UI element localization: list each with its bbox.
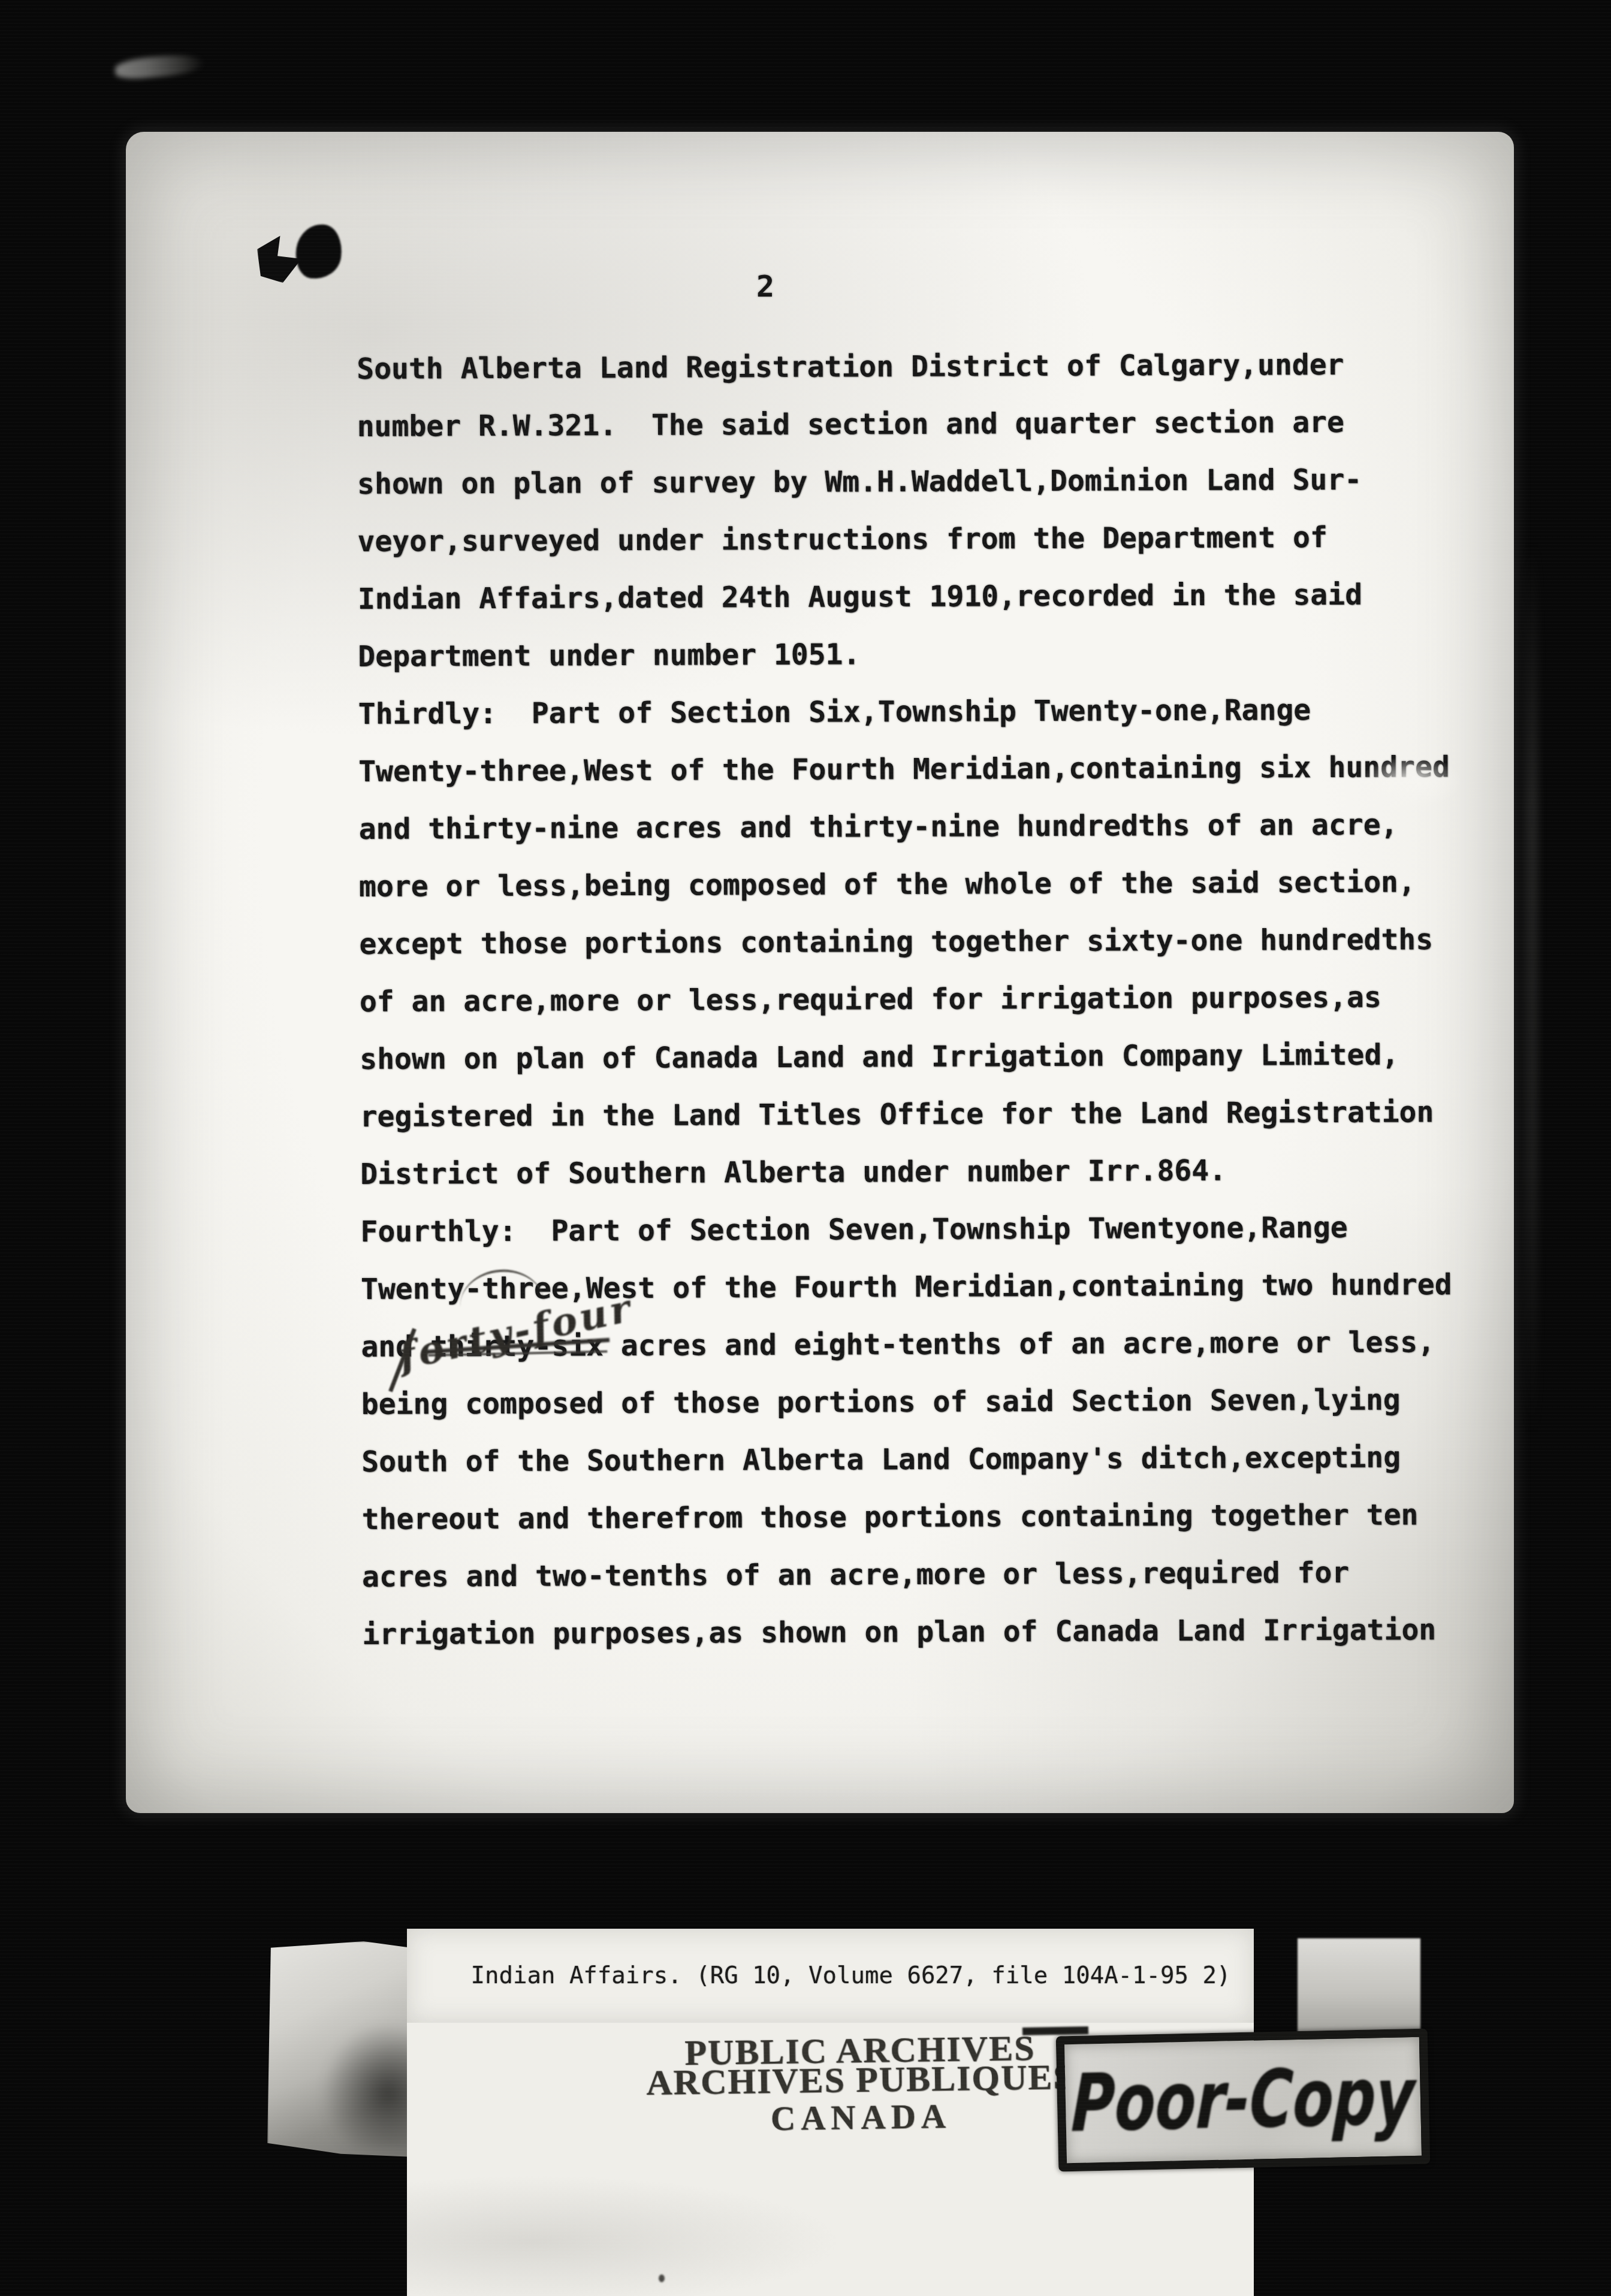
typewritten-line: Thirdly: Part of Section Six,Township Tw… bbox=[358, 681, 1450, 743]
typewritten-line: District of Southern Alberta under numbe… bbox=[360, 1141, 1452, 1203]
typewritten-line: shown on plan of Canada Land and Irrigat… bbox=[360, 1026, 1451, 1088]
archive-file-label-strip: Indian Affairs. (RG 10, Volume 6627, fil… bbox=[407, 1929, 1254, 2026]
faded-ink-spot bbox=[1360, 756, 1462, 807]
typewritten-line: registered in the Land Titles Office for… bbox=[360, 1083, 1451, 1146]
typewritten-line: South of the Southern Alberta Land Compa… bbox=[361, 1428, 1453, 1491]
typewritten-line: of an acre,more or less,required for irr… bbox=[360, 968, 1451, 1031]
typewritten-line: Fourthly: Part of Section Seven,Township… bbox=[360, 1198, 1452, 1261]
film-edge-streak bbox=[1525, 539, 1538, 1438]
paper-speck bbox=[659, 2274, 665, 2282]
typewritten-line: being composed of those portions of said… bbox=[361, 1371, 1453, 1433]
typewritten-line: veyor,surveyed under instructions from t… bbox=[357, 508, 1449, 570]
typewritten-line: except those portions containing togethe… bbox=[359, 911, 1450, 973]
typewritten-line: and thirty-nine acres and thirty-nine hu… bbox=[358, 796, 1450, 858]
typewritten-line: more or less,being composed of the whole… bbox=[359, 853, 1450, 916]
poor-copy-label: Poor-Copy bbox=[1070, 2057, 1416, 2143]
poor-copy-stamp-edge bbox=[1022, 2026, 1088, 2035]
typewritten-line: shown on plan of survey by Wm.H.Waddell,… bbox=[357, 451, 1449, 513]
typewritten-line: Twenty-three,West of the Fourth Meridian… bbox=[358, 738, 1450, 800]
text-block: South Alberta Land Registration District… bbox=[357, 336, 1453, 1663]
ink-blot bbox=[292, 221, 345, 282]
document-page: 2 South Alberta Land Registration Distri… bbox=[126, 132, 1514, 1813]
archive-file-label: Indian Affairs. (RG 10, Volume 6627, fil… bbox=[471, 1964, 1231, 1987]
typewritten-line: acres and two-tenths of an acre,more or … bbox=[362, 1543, 1453, 1606]
typewritten-line: thereout and therefrom those portions co… bbox=[361, 1486, 1453, 1548]
typewritten-line: South Alberta Land Registration District… bbox=[357, 336, 1448, 398]
ink-blot-tail bbox=[257, 235, 301, 283]
typed-suffix: acres and eight-tenths of an acre,more o… bbox=[604, 1325, 1435, 1363]
typewritten-line: Indian Affairs,dated 24th August 1910,re… bbox=[358, 566, 1449, 628]
film-scratch-smudge bbox=[114, 53, 206, 81]
paper-edge-fragment bbox=[1298, 1938, 1420, 2035]
typewritten-line: Department under number 1051. bbox=[358, 623, 1449, 685]
poor-copy-stamp: Poor-Copy bbox=[1056, 2029, 1431, 2172]
page-number: 2 bbox=[756, 271, 774, 301]
typewritten-line: number R.W.321. The said section and qua… bbox=[357, 393, 1448, 455]
typewritten-line: irrigation purposes,as shown on plan of … bbox=[362, 1601, 1453, 1663]
